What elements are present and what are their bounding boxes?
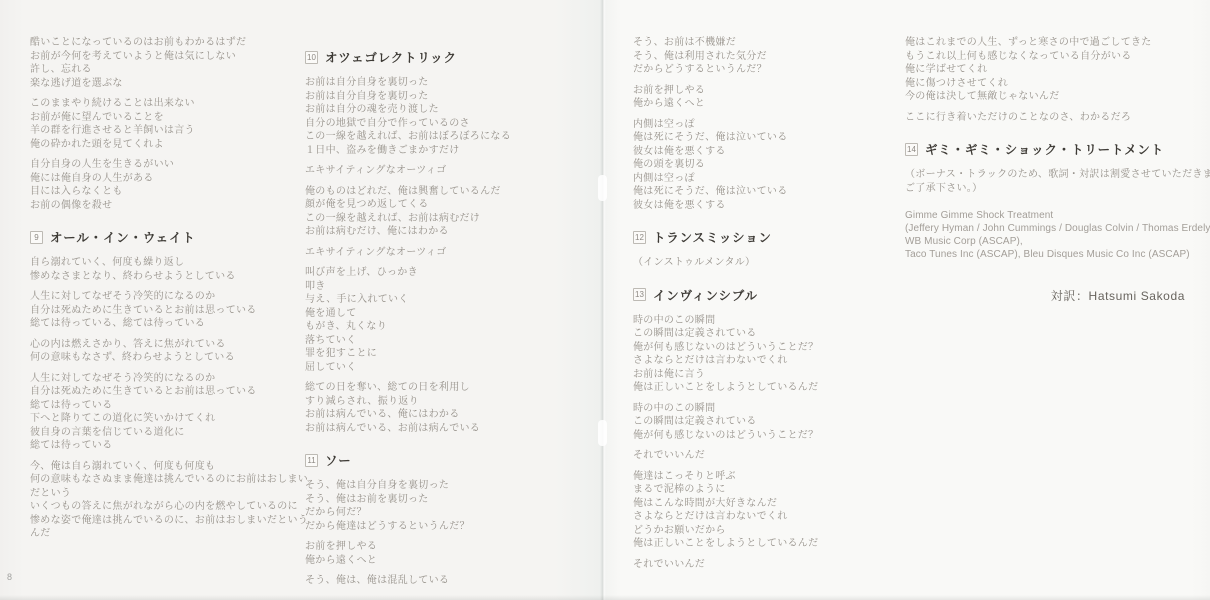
lyric-line: １日中、盗みを働きごまかすだけ bbox=[305, 144, 575, 158]
lyric-line: 俺の砕かれた頭を見てくれよ bbox=[30, 138, 292, 152]
lyric-line: 俺が何も感じないのはどういうことだ？ bbox=[633, 341, 905, 355]
lyric-line: もうこれ以上何も感じなくなっている自分がいる bbox=[905, 50, 1197, 64]
lyric-line: この瞬間は定義されている bbox=[633, 327, 905, 341]
lyric-line: だから俺達はどうするというんだ？ bbox=[305, 520, 575, 534]
translator-credit: 対訳：Hatsumi Sakoda bbox=[905, 287, 1197, 304]
lyric-line: 彼自身の言葉を信じている道化に bbox=[30, 426, 292, 440]
lyric-line: 内側は空っぽ bbox=[633, 118, 905, 132]
lyric-stanza: お前を押しやる俺から遠くへと bbox=[305, 540, 575, 567]
lyric-stanza: 心の内は燃えさかり、答えに焦がれている何の意味もなさず、終わらせようとしている bbox=[30, 338, 292, 365]
lyric-line: 与え、手に入れていく bbox=[305, 293, 575, 307]
lyric-line: エキサイティングなオーツィゴ bbox=[305, 246, 575, 260]
lyric-line: 自ら溺れていく、何度も繰り返し bbox=[30, 256, 292, 270]
lyric-line: 彼女は俺を悪くする bbox=[633, 199, 905, 213]
track-heading: 13インヴィンシブル bbox=[633, 286, 905, 304]
lyric-stanza: エキサイティングなオーツィゴ bbox=[305, 164, 575, 178]
lyric-line: 自分自身の人生を生きるがいい bbox=[30, 158, 292, 172]
lyric-line: 今、俺は自ら溺れていく、何度も何度も bbox=[30, 460, 292, 474]
lyric-stanza: 自分自身の人生を生きるがいい俺には俺自身の人生がある目には入らなくともお前の偶像… bbox=[30, 158, 292, 212]
lyric-stanza: このままやり続けることは出来ないお前が俺に望んでいることを羊の群を行進させると羊… bbox=[30, 97, 292, 151]
lyric-line: 自分の地獄で自分で作っているのさ bbox=[305, 117, 575, 131]
lyric-line: 惨めなさまとなり、終わらせようとしている bbox=[30, 270, 292, 284]
track-title: オール・イン・ウェイト bbox=[50, 228, 196, 246]
lyric-line: 時の中のこの瞬間 bbox=[633, 402, 905, 416]
lyric-line: 何の意味もなさず、終わらせようとしている bbox=[30, 351, 292, 365]
lyric-line: 彼女は俺を悪くする bbox=[633, 145, 905, 159]
lyric-line: 俺は正しいことをしようとしているんだ bbox=[633, 381, 905, 395]
song-credits: Gimme Gimme Shock Treatment(Jeffery Hyma… bbox=[905, 209, 1197, 261]
lyric-stanza: 今、俺は自ら溺れていく、何度も何度も何の意味もなさぬまま俺達は挑んでいるのにお前… bbox=[30, 460, 292, 541]
lyric-line: ここに行き着いただけのことなのさ、わかるだろ bbox=[905, 111, 1197, 125]
lyric-line: 時の中のこの瞬間 bbox=[633, 314, 905, 328]
lyric-line: お前は病むだけ、俺にはわかる bbox=[305, 225, 575, 239]
lyric-line: 惨めな姿で俺達は挑んでいるのに、お前はおしまいだという bbox=[30, 514, 292, 528]
lyric-line: お前が俺に望んでいることを bbox=[30, 111, 292, 125]
lyric-line: だという bbox=[30, 487, 292, 501]
lyric-line: そう、俺はお前を裏切った bbox=[305, 493, 575, 507]
lyric-line: 人生に対してなぜそう冷笑的になるのか bbox=[30, 290, 292, 304]
lyric-line: 下へと降りてこの道化に笑いかけてくれ bbox=[30, 412, 292, 426]
fold-staple-mark bbox=[598, 420, 607, 446]
lyric-line: お前は自分自身を裏切った bbox=[305, 90, 575, 104]
lyric-line: 顔が俺を見つめ返してくる bbox=[305, 198, 575, 212]
lyric-line: どうかお願いだから bbox=[633, 524, 905, 538]
lyric-stanza: 自ら溺れていく、何度も繰り返し惨めなさまとなり、終わらせようとしている bbox=[30, 256, 292, 283]
lyric-line: 自分は死ぬために生きているとお前は思っている bbox=[30, 385, 292, 399]
track-title: インヴィンシブル bbox=[653, 286, 758, 304]
lyric-stanza: 人生に対してなぜそう冷笑的になるのか自分は死ぬために生きているとお前は思っている… bbox=[30, 290, 292, 331]
lyric-line: このままやり続けることは出来ない bbox=[30, 97, 292, 111]
lyric-stanza: （インストゥルメンタル） bbox=[633, 256, 905, 270]
lyric-stanza: そう、お前は不機嫌だそう、俺は利用された気分だだからどうするというんだ？ bbox=[633, 36, 905, 77]
lyric-line: いくつもの答えに焦がれながら心の内を燃やしているのに bbox=[30, 500, 292, 514]
lyric-line: さよならとだけは言わないでくれ bbox=[633, 354, 905, 368]
lyric-stanza: エキサイティングなオーツィゴ bbox=[305, 246, 575, 260]
lyric-line: （インストゥルメンタル） bbox=[633, 256, 905, 270]
lyric-line: 俺が何も感じないのはどういうことだ？ bbox=[633, 429, 905, 443]
lyric-line: すり減らされ、振り返り bbox=[305, 395, 575, 409]
lyric-line: それでいいんだ bbox=[633, 558, 905, 572]
lyric-line: そう、お前は不機嫌だ bbox=[633, 36, 905, 50]
lyrics-column-4: 俺はこれまでの人生、ずっと寒さの中で過ごしてきたもうこれ以上何も感じなくなってい… bbox=[905, 36, 1197, 304]
lyric-line: 総ては待っている bbox=[30, 399, 292, 413]
lyric-line: まるで泥棒のように bbox=[633, 483, 905, 497]
center-fold bbox=[600, 0, 606, 600]
lyric-line: Gimme Gimme Shock Treatment bbox=[905, 209, 1197, 222]
lyric-stanza: 酷いことになっているのはお前もわかるはずだお前が今何を考えていようと俺は気にしな… bbox=[30, 36, 292, 90]
lyric-line: お前は自分自身を裏切った bbox=[305, 76, 575, 90]
lyric-line: 俺達はこっそりと呼ぶ bbox=[633, 470, 905, 484]
lyric-line: 俺に傷つけさせてくれ bbox=[905, 77, 1197, 91]
track-heading: 14ギミ・ギミ・ショック・トリートメント bbox=[905, 140, 1197, 158]
lyrics-column-2: 10オツェゴレクトリックお前は自分自身を裏切ったお前は自分自身を裏切ったお前は自… bbox=[305, 32, 575, 595]
lyric-line: 俺を通して bbox=[305, 307, 575, 321]
lyric-line: んだ bbox=[30, 527, 292, 541]
track-title: オツェゴレクトリック bbox=[325, 48, 457, 66]
lyric-line: もがき、丸くなり bbox=[305, 320, 575, 334]
lyric-line: エキサイティングなオーツィゴ bbox=[305, 164, 575, 178]
lyric-line: 俺に学ばせてくれ bbox=[905, 63, 1197, 77]
lyric-line: お前の偶像を殺せ bbox=[30, 199, 292, 213]
lyric-line: 自分は死ぬために生きているとお前は思っている bbox=[30, 304, 292, 318]
lyric-line: この一線を越えれば、お前は病むだけ bbox=[305, 212, 575, 226]
scan-bottom-edge bbox=[0, 595, 1210, 600]
lyric-stanza: 総ての日を奪い、総ての日を利用しすり減らされ、振り返りお前は病んでいる、俺にはわ… bbox=[305, 381, 575, 435]
lyric-line: 内側は空っぽ bbox=[633, 172, 905, 186]
lyric-line: お前を押しやる bbox=[633, 84, 905, 98]
lyric-line: お前が今何を考えていようと俺は気にしない bbox=[30, 50, 292, 64]
lyric-line: （ボーナス・トラックのため、歌詞・対訳は割愛させていただきます。 bbox=[905, 168, 1197, 182]
lyric-stanza: 俺のものはどれだ、俺は興奮しているんだ顔が俺を見つめ返してくるこの一線を越えれば… bbox=[305, 185, 575, 239]
page-number: 8 bbox=[7, 572, 12, 582]
lyric-line: それでいいんだ bbox=[633, 449, 905, 463]
lyric-line: 総ては待っている、総ては待っている bbox=[30, 317, 292, 331]
lyric-line: 落ちていく bbox=[305, 334, 575, 348]
lyric-line: そう、俺は利用された気分だ bbox=[633, 50, 905, 64]
lyric-line: ご了承下さい。） bbox=[905, 182, 1197, 196]
lyric-stanza: 内側は空っぽ俺は死にそうだ、俺は泣いている彼女は俺を悪くする俺の頭を裏切る内側は… bbox=[633, 118, 905, 213]
lyric-line: 俺には俺自身の人生がある bbox=[30, 172, 292, 186]
lyric-line: お前は病んでいる、俺にはわかる bbox=[305, 408, 575, 422]
booklet-spread: 酷いことになっているのはお前もわかるはずだお前が今何を考えていようと俺は気にしな… bbox=[0, 0, 1210, 600]
lyric-line: 俺はこんな時間が大好きなんだ bbox=[633, 497, 905, 511]
lyric-stanza: 俺達はこっそりと呼ぶまるで泥棒のように俺はこんな時間が大好きなんださよならとだけ… bbox=[633, 470, 905, 551]
lyric-stanza: 時の中のこの瞬間この瞬間は定義されている俺が何も感じないのはどういうことだ？さよ… bbox=[633, 314, 905, 395]
lyric-line: 俺はこれまでの人生、ずっと寒さの中で過ごしてきた bbox=[905, 36, 1197, 50]
lyric-line: 人生に対してなぜそう冷笑的になるのか bbox=[30, 372, 292, 386]
lyric-line: 俺の頭を裏切る bbox=[633, 158, 905, 172]
track-number-box: 14 bbox=[905, 143, 918, 156]
track-heading: 10オツェゴレクトリック bbox=[305, 48, 575, 66]
lyric-line: 羊の群を行進させると羊飼いは言う bbox=[30, 124, 292, 138]
track-number-box: 12 bbox=[633, 231, 646, 244]
lyric-line: お前は自分の魂を売り渡した bbox=[305, 103, 575, 117]
track-heading: 9オール・イン・ウェイト bbox=[30, 228, 292, 246]
lyric-stanza: 俺はこれまでの人生、ずっと寒さの中で過ごしてきたもうこれ以上何も感じなくなってい… bbox=[905, 36, 1197, 104]
lyric-line: 何の意味もなさぬまま俺達は挑んでいるのにお前はおしまい bbox=[30, 473, 292, 487]
lyric-line: だから何だ？ bbox=[305, 506, 575, 520]
lyric-line: 俺のものはどれだ、俺は興奮しているんだ bbox=[305, 185, 575, 199]
lyric-line: 目には入らなくとも bbox=[30, 185, 292, 199]
lyric-line: 総ての日を奪い、総ての日を利用し bbox=[305, 381, 575, 395]
lyric-line: お前は俺に言う bbox=[633, 368, 905, 382]
lyric-line: 許し、忘れる bbox=[30, 63, 292, 77]
lyric-line: WB Music Corp (ASCAP), bbox=[905, 235, 1197, 248]
lyric-line: 今の俺は決して無敵じゃないんだ bbox=[905, 90, 1197, 104]
lyric-line: 俺は死にそうだ、俺は泣いている bbox=[633, 185, 905, 199]
lyric-line: お前は病んでいる、お前は病んでいる bbox=[305, 422, 575, 436]
lyric-line: この瞬間は定義されている bbox=[633, 415, 905, 429]
lyric-line: 俺は死にそうだ、俺は泣いている bbox=[633, 131, 905, 145]
track-heading: 12トランスミッション bbox=[633, 228, 905, 246]
lyric-line: この一線を越えれば、お前はぼろぼろになる bbox=[305, 130, 575, 144]
lyric-line: さよならとだけは言わないでくれ bbox=[633, 510, 905, 524]
lyric-line: 楽な逃げ道を選ぶな bbox=[30, 77, 292, 91]
lyric-stanza: 人生に対してなぜそう冷笑的になるのか自分は死ぬために生きているとお前は思っている… bbox=[30, 372, 292, 453]
track-number-box: 11 bbox=[305, 454, 318, 467]
lyric-line: そう、俺は、俺は混乱している bbox=[305, 574, 575, 588]
lyric-line: 酷いことになっているのはお前もわかるはずだ bbox=[30, 36, 292, 50]
lyric-stanza: そう、俺は自分自身を裏切ったそう、俺はお前を裏切っただから何だ？だから俺達はどう… bbox=[305, 479, 575, 533]
lyric-stanza: ここに行き着いただけのことなのさ、わかるだろ bbox=[905, 111, 1197, 125]
lyric-line: (Jeffery Hyman / John Cummings / Douglas… bbox=[905, 222, 1197, 235]
lyric-stanza: お前は自分自身を裏切ったお前は自分自身を裏切ったお前は自分の魂を売り渡した自分の… bbox=[305, 76, 575, 157]
track-number-box: 13 bbox=[633, 288, 646, 301]
lyric-line: 叩き bbox=[305, 280, 575, 294]
track-number-box: 10 bbox=[305, 51, 318, 64]
lyric-line: 総ては待っている bbox=[30, 439, 292, 453]
lyric-stanza: 時の中のこの瞬間この瞬間は定義されている俺が何も感じないのはどういうことだ？ bbox=[633, 402, 905, 443]
lyric-stanza: それでいいんだ bbox=[633, 558, 905, 572]
lyric-line: お前を押しやる bbox=[305, 540, 575, 554]
lyric-line: 屈していく bbox=[305, 361, 575, 375]
lyric-line: 叫び声を上げ、ひっかき bbox=[305, 266, 575, 280]
lyric-line: 心の内は燃えさかり、答えに焦がれている bbox=[30, 338, 292, 352]
lyric-stanza: お前を押しやる俺から遠くへと bbox=[633, 84, 905, 111]
lyric-line: だからどうするというんだ？ bbox=[633, 63, 905, 77]
lyrics-column-1: 酷いことになっているのはお前もわかるはずだお前が今何を考えていようと俺は気にしな… bbox=[30, 36, 292, 548]
lyric-line: Taco Tunes Inc (ASCAP), Bleu Disques Mus… bbox=[905, 248, 1197, 261]
fold-staple-mark bbox=[598, 175, 607, 201]
track-number-box: 9 bbox=[30, 231, 43, 244]
track-title: ソー bbox=[325, 451, 352, 469]
lyric-stanza: （ボーナス・トラックのため、歌詞・対訳は割愛させていただきます。ご了承下さい。） bbox=[905, 168, 1197, 195]
lyrics-column-3: そう、お前は不機嫌だそう、俺は利用された気分だだからどうするというんだ？お前を押… bbox=[633, 36, 905, 578]
lyric-stanza: 叫び声を上げ、ひっかき叩き与え、手に入れていく俺を通してもがき、丸くなり落ちてい… bbox=[305, 266, 575, 374]
lyric-line: 罪を犯すことに bbox=[305, 347, 575, 361]
lyric-line: 俺から遠くへと bbox=[305, 554, 575, 568]
lyric-stanza: そう、俺は、俺は混乱している bbox=[305, 574, 575, 588]
track-heading: 11ソー bbox=[305, 451, 575, 469]
lyric-stanza: それでいいんだ bbox=[633, 449, 905, 463]
track-title: ギミ・ギミ・ショック・トリートメント bbox=[925, 140, 1164, 158]
lyric-line: 俺から遠くへと bbox=[633, 97, 905, 111]
lyric-line: 俺は正しいことをしようとしているんだ bbox=[633, 537, 905, 551]
track-title: トランスミッション bbox=[653, 228, 772, 246]
lyric-line: そう、俺は自分自身を裏切った bbox=[305, 479, 575, 493]
